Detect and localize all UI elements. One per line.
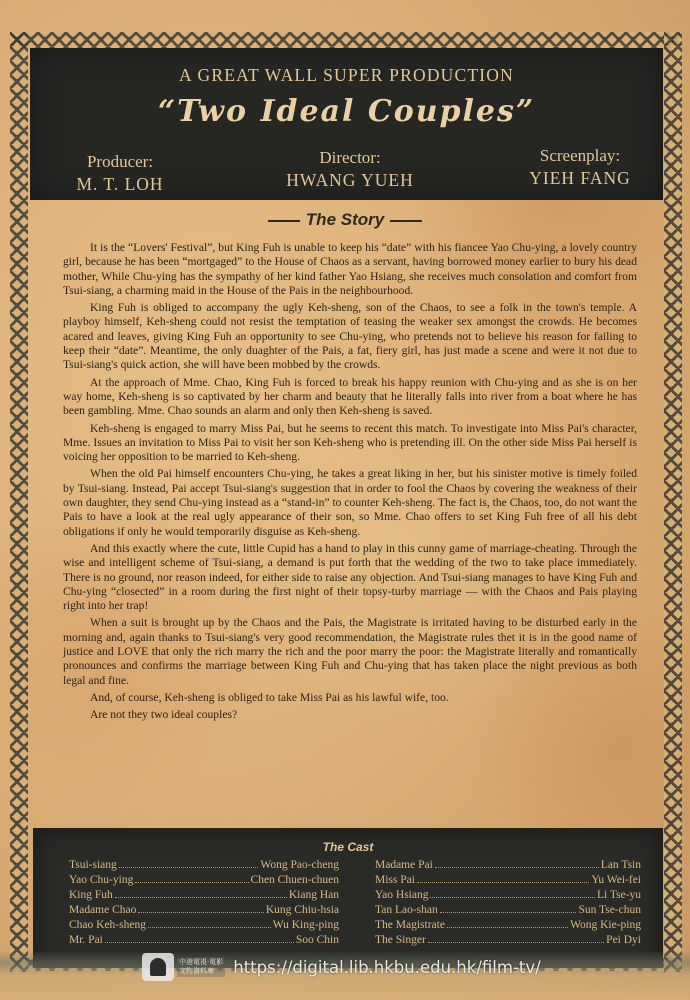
archive-watermark: 中港電視·電影 文物資料庫 https://digital.lib.hkbu.e… — [142, 953, 541, 981]
director-credit: Director: HWANG YUEH — [250, 148, 450, 191]
ornamental-border-left — [10, 32, 28, 972]
archive-name: 中港電視·電影 文物資料庫 — [177, 957, 225, 977]
leader-dots — [115, 897, 287, 898]
leader-dots — [138, 912, 263, 913]
cast-row: Madame PaiLan Tsin — [375, 858, 641, 873]
cast-role: Mr. Pai — [69, 933, 103, 948]
archive-logo-icon — [142, 953, 174, 981]
story-paragraph: Keh-sheng is engaged to marry Miss Pai, … — [63, 422, 637, 465]
archive-url: https://digital.lib.hkbu.edu.hk/film-tv/ — [233, 958, 540, 977]
leader-dots — [447, 927, 568, 928]
cast-row: Miss PaiYu Wei-fei — [375, 873, 641, 888]
story-paragraph: Are not they two ideal couples? — [63, 708, 637, 722]
leader-dots — [430, 897, 595, 898]
production-line: A GREAT WALL SUPER PRODUCTION — [30, 65, 663, 86]
cast-row: The SingerPei Dyi — [375, 933, 641, 948]
story-paragraph: King Fuh is obliged to accompany the ugl… — [63, 301, 637, 372]
cast-row: Chao Keh-shengWu King-ping — [69, 918, 339, 933]
story-paragraph: When a suit is brought up by the Chaos a… — [63, 616, 637, 687]
cast-role: Chao Keh-sheng — [69, 918, 146, 933]
cast-role: King Fuh — [69, 888, 113, 903]
cast-row: Yao HsiangLi Tse-yu — [375, 888, 641, 903]
cast-actor: Pei Dyi — [606, 933, 641, 948]
cast-actor: Kung Chiu-hsia — [266, 903, 339, 918]
leader-dots — [148, 927, 271, 928]
archive-name-line1: 中港電視·電影 — [179, 958, 223, 967]
cast-actor: Chen Chuen-chuen — [251, 873, 339, 888]
cast-title: The Cast — [33, 840, 663, 854]
cast-role: Yao Hsiang — [375, 888, 428, 903]
leader-dots — [417, 882, 589, 883]
cast-row: Tan Lao-shanSun Tse-chun — [375, 903, 641, 918]
story-body: It is the “Lovers' Festival”, but King F… — [63, 241, 637, 726]
film-title: “Two Ideal Couples” — [30, 94, 663, 129]
cast-panel: The Cast Tsui-siangWong Pao-cheng Yao Ch… — [33, 828, 663, 968]
cast-actor: Kiang Han — [289, 888, 339, 903]
story-heading: The Story — [0, 210, 690, 230]
cast-role: Tan Lao-shan — [375, 903, 438, 918]
screenplay-credit: Screenplay: YIEH FANG — [510, 146, 650, 189]
story-paragraph: And, of course, Keh-sheng is obliged to … — [63, 691, 637, 705]
cast-row: King FuhKiang Han — [69, 888, 339, 903]
cast-role: The Magistrate — [375, 918, 445, 933]
story-paragraph: It is the “Lovers' Festival”, but King F… — [63, 241, 637, 298]
cast-row: Yao Chu-yingChen Chuen-chuen — [69, 873, 339, 888]
heading-rule-right — [390, 220, 422, 222]
cast-actor: Soo Chin — [296, 933, 339, 948]
leader-dots — [440, 912, 577, 913]
cast-row: Mr. PaiSoo Chin — [69, 933, 339, 948]
leader-dots — [105, 942, 294, 943]
producer-credit: Producer: M. T. LOH — [60, 152, 180, 195]
cast-actor: Li Tse-yu — [597, 888, 641, 903]
title-banner: A GREAT WALL SUPER PRODUCTION “Two Ideal… — [30, 48, 663, 200]
cast-actor: Wong Kie-ping — [570, 918, 641, 933]
heading-rule-left — [268, 220, 300, 222]
cast-actor: Wu King-ping — [273, 918, 339, 933]
story-paragraph: And this exactly where the cute, little … — [63, 542, 637, 613]
story-paragraph: At the approach of Mme. Chao, King Fuh i… — [63, 376, 637, 419]
cast-role: Madame Chao — [69, 903, 136, 918]
producer-name: M. T. LOH — [60, 174, 180, 195]
cast-role: The Singer — [375, 933, 426, 948]
leader-dots — [428, 942, 604, 943]
cast-role: Yao Chu-ying — [69, 873, 133, 888]
leader-dots — [119, 867, 259, 868]
cast-actor: Yu Wei-fei — [591, 873, 641, 888]
director-name: HWANG YUEH — [250, 170, 450, 191]
cast-column-right: Madame PaiLan Tsin Miss PaiYu Wei-fei Ya… — [375, 858, 641, 948]
cast-actor: Wong Pao-cheng — [260, 858, 339, 873]
cast-role: Madame Pai — [375, 858, 433, 873]
producer-label: Producer: — [60, 152, 180, 172]
screenplay-name: YIEH FANG — [510, 168, 650, 189]
cast-actor: Sun Tse-chun — [578, 903, 641, 918]
leader-dots — [135, 882, 248, 883]
cast-row: Tsui-siangWong Pao-cheng — [69, 858, 339, 873]
story-paragraph: When the old Pai himself encounters Chu-… — [63, 467, 637, 538]
cast-role: Miss Pai — [375, 873, 415, 888]
story-heading-text: The Story — [306, 210, 384, 229]
cast-column-left: Tsui-siangWong Pao-cheng Yao Chu-yingChe… — [69, 858, 339, 948]
cast-actor: Lan Tsin — [601, 858, 641, 873]
cast-role: Tsui-siang — [69, 858, 117, 873]
ornamental-border-top — [10, 32, 680, 48]
cast-row: The MagistrateWong Kie-ping — [375, 918, 641, 933]
ornamental-border-right — [664, 32, 682, 972]
archive-name-line2: 文物資料庫 — [179, 967, 223, 976]
director-label: Director: — [250, 148, 450, 168]
leader-dots — [435, 867, 599, 868]
screenplay-label: Screenplay: — [510, 146, 650, 166]
cast-row: Madame ChaoKung Chiu-hsia — [69, 903, 339, 918]
